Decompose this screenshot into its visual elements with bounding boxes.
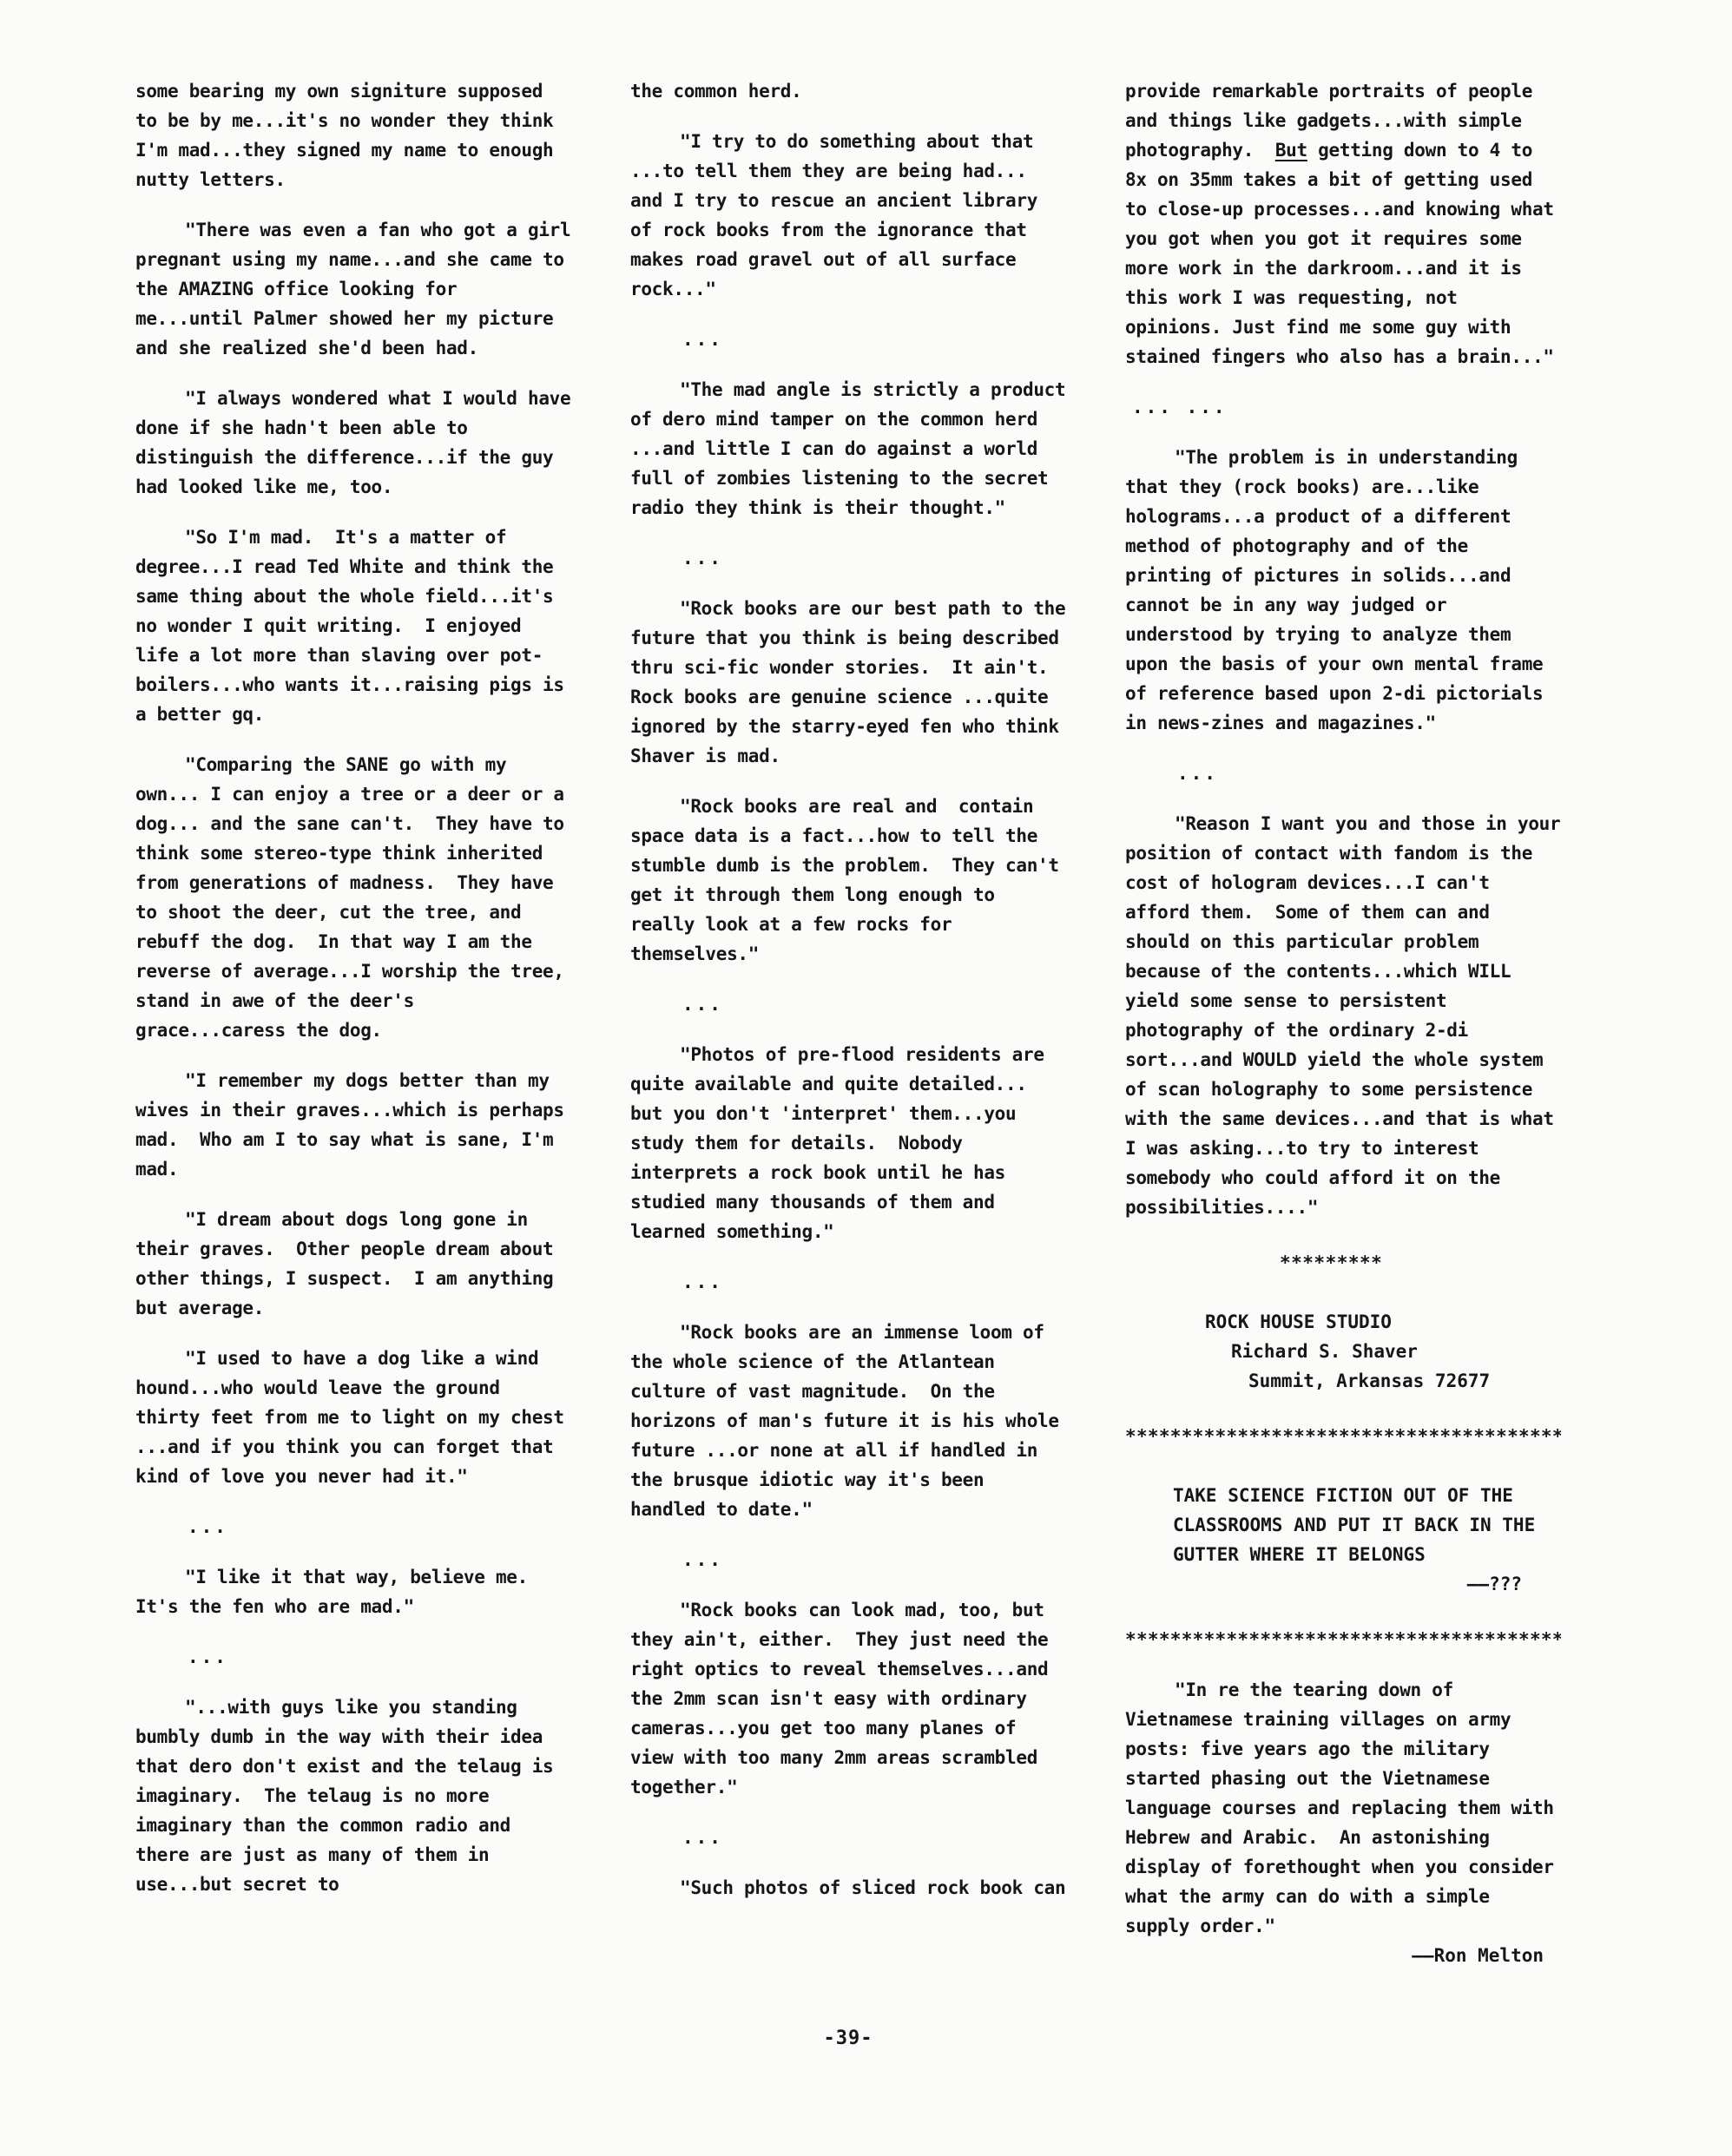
dots-separator: ... (135, 1642, 571, 1672)
paragraph: "I like it that way, believe me. It's th… (135, 1562, 571, 1621)
dots-separator: ... (630, 325, 1066, 354)
letter-attribution: ——Ron Melton (1125, 1941, 1561, 1970)
paragraph: "I used to have a dog like a wind hound.… (135, 1344, 571, 1491)
dots-separator: ... ... (1125, 392, 1561, 422)
dots-separator: ... (630, 1267, 1066, 1297)
dots-separator: ... (630, 1823, 1066, 1852)
paragraph: "Rock books can look mad, too, but they … (630, 1595, 1066, 1802)
paragraph: "Such photos of sliced rock book can (630, 1873, 1066, 1903)
dots-separator: ... (135, 1512, 571, 1541)
paragraph: "In re the tearing down of Vietnamese tr… (1125, 1675, 1561, 1941)
asterisk-divider: *************************************** (1125, 1422, 1561, 1451)
dots-separator: ... (630, 543, 1066, 573)
paragraph: some bearing my own signiture supposed t… (135, 76, 571, 194)
paragraph: "There was even a fan who got a girl pre… (135, 215, 571, 363)
text-column-1: some bearing my own signiture supposed t… (135, 76, 571, 1899)
text-column-3: provide remarkable portraits of people a… (1125, 76, 1561, 1970)
page-number: -39- (630, 2028, 1066, 2049)
paragraph: "So I'm mad. It's a matter of degree...I… (135, 523, 571, 729)
slogan-line: CLASSROOMS AND PUT IT BACK IN THE (1125, 1510, 1561, 1540)
paragraph: "I try to do something about that ...to … (630, 127, 1066, 304)
paragraph: "...with guys like you standing bumbly d… (135, 1693, 571, 1899)
dots-separator: ... (630, 989, 1066, 1019)
paragraph: provide remarkable portraits of people a… (1125, 76, 1561, 371)
paragraph: "I always wondered what I would have don… (135, 384, 571, 502)
slogan-line: GUTTER WHERE IT BELONGS (1125, 1540, 1561, 1569)
asterisk-divider: *************************************** (1125, 1625, 1561, 1654)
paragraph: "The mad angle is strictly a product of … (630, 375, 1066, 523)
text-column-2: the common herd. "I try to do something … (630, 76, 1066, 1903)
paragraph: "Rock books are an immense loom of the w… (630, 1318, 1066, 1524)
dots-separator: ... (630, 1545, 1066, 1574)
slogan-attribution: ——??? (1125, 1569, 1561, 1599)
paragraph-text: getting down to 4 to 8x on 35mm takes a … (1125, 140, 1564, 367)
paragraph: the common herd. (630, 76, 1066, 106)
paragraph: "Rock books are real and contain space d… (630, 792, 1066, 969)
underlined-word: But (1275, 140, 1307, 161)
paragraph: "The problem is in understanding that th… (1125, 443, 1561, 738)
asterisk-divider-small: ********* (1125, 1248, 1561, 1278)
paragraph: "I dream about dogs long gone in their g… (135, 1205, 571, 1323)
dots-separator: ... (1125, 759, 1561, 788)
studio-contact-name: Richard S. Shaver (1125, 1337, 1561, 1366)
paragraph: "Reason I want you and those in your pos… (1125, 809, 1561, 1222)
paragraph: "Comparing the SANE go with my own... I … (135, 750, 571, 1045)
paragraph: "Rock books are our best path to the fut… (630, 594, 1066, 771)
studio-name: ROCK HOUSE STUDIO (1125, 1307, 1561, 1337)
scanned-fanzine-page: some bearing my own signiture supposed t… (0, 0, 1732, 2156)
slogan-line: TAKE SCIENCE FICTION OUT OF THE (1125, 1481, 1561, 1510)
paragraph: "I remember my dogs better than my wives… (135, 1066, 571, 1184)
paragraph: "Photos of pre-flood residents are quite… (630, 1040, 1066, 1246)
studio-address: Summit, Arkansas 72677 (1125, 1366, 1561, 1396)
